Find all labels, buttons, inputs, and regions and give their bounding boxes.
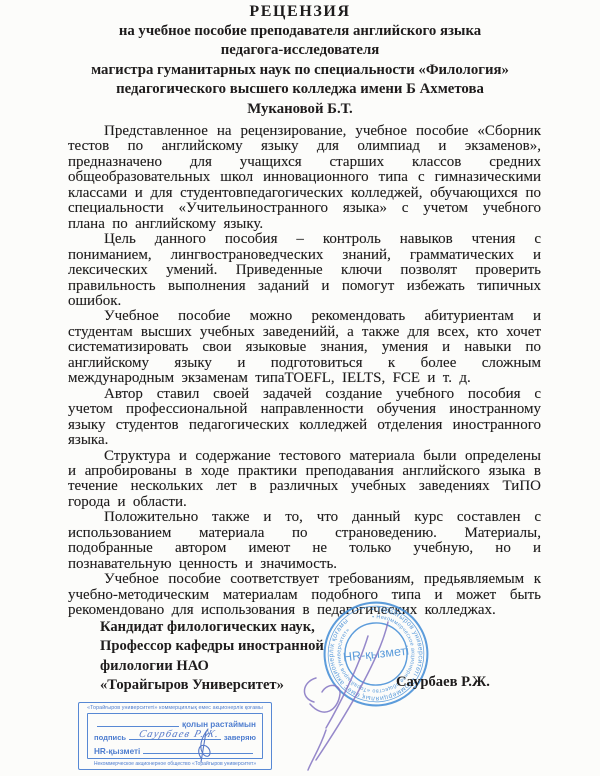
title-line: педагогического высшего колледжа имени Б… [40, 80, 560, 100]
body-paragraph: Представленное на рецензирование, учебно… [68, 124, 541, 232]
stamp-blank-line [97, 712, 179, 727]
certification-stamp: «Торайғыров университеті» коммерциялық е… [78, 702, 272, 770]
document-header: РЕЦЕНЗИЯ на учебное пособие преподавател… [40, 2, 560, 120]
body-paragraph: Автор ставил своей задачей создание учеб… [68, 387, 541, 449]
title-line: педагога-исследователя [40, 41, 560, 61]
stamp-pen-flourish [192, 728, 218, 764]
title-line: на учебное пособие преподавателя английс… [40, 22, 560, 42]
signer-credentials: Кандидат филологических наук, Профессор … [100, 618, 324, 696]
stamp-inner-box: қолын растаймын подпись Саурбаев Р.Ж. за… [87, 713, 263, 759]
signer-credential-line: «Торайгыров Университет» [100, 676, 324, 695]
stamp-hr-label: HR-қызметі [94, 747, 140, 756]
signature-stroke [316, 622, 388, 760]
body-paragraph: Структура и содержание тестового материа… [68, 449, 541, 511]
body-paragraph: Учебное пособие можно рекомендовать абит… [68, 309, 541, 386]
title-line: магистра гуманитарных наук по специально… [40, 61, 560, 81]
signer-name: Саурбаев Р.Ж. [396, 674, 490, 691]
stamp-org-name-ru: Некоммерческое акционерное общество «Тор… [79, 759, 271, 769]
signer-credential-line: филологии НАО [100, 657, 324, 676]
scanned-review-document: РЕЦЕНЗИЯ на учебное пособие преподавател… [0, 0, 600, 776]
stamp-signature-label: подпись [94, 733, 126, 742]
signer-credential-line: Профессор кафедры иностранной [100, 637, 324, 656]
document-title: РЕЦЕНЗИЯ [40, 2, 560, 22]
document-body: Представленное на рецензирование, учебно… [68, 124, 541, 619]
signer-credential-line: Кандидат филологических наук, [100, 618, 324, 637]
stamp-hr-row: HR-қызметі [94, 742, 256, 756]
body-paragraph: Положительно также и то, что данный курс… [68, 510, 541, 572]
body-paragraph: Цель данного пособия – контроль навыков … [68, 232, 541, 309]
title-line-author: Мукановой Б.Т. [40, 100, 560, 120]
signature-stroke [326, 636, 368, 728]
stamp-org-name-kk: «Торайғыров университеті» коммерциялық е… [79, 703, 271, 712]
